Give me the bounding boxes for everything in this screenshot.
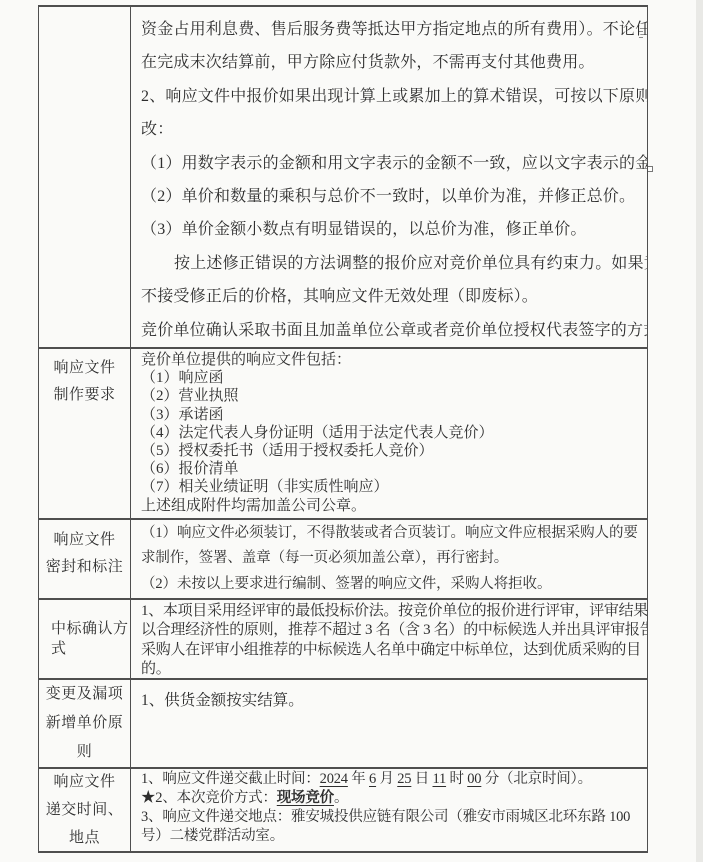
month-unit: 月 <box>376 771 397 787</box>
row-content: （1）响应文件必须装订，不得散装或者合页装订。响应文件应根据采购人的要 求制作，… <box>131 520 647 598</box>
deadline-suffix: 分（北京时间）。 <box>481 771 592 787</box>
content-line: 2、响应文件中报价如果出现计算上或累加上的算术错误，可按以下原则进行修 <box>141 80 644 113</box>
content-line: 上述组成附件均需加盖公司公章。 <box>141 497 644 515</box>
content-line: 在完成末次结算前，甲方除应付货款外，不需再支付其他费用。 <box>141 46 644 79</box>
label-line: 中标确认方 <box>51 619 129 639</box>
content-line: （3）承诺函 <box>141 406 644 424</box>
content-line: 采购人在评审小组推荐的中标候选人名单中确定中标单位，达到优质采购的目 <box>141 641 644 660</box>
label-line: 密封和标注 <box>46 554 124 581</box>
table-row-change-and-omission-pricing: 变更及漏项 新增单价原 则 1、供货金额按实结算。 <box>39 678 647 767</box>
content-line: （7）相关业绩证明（非实质性响应） <box>141 478 644 496</box>
content-line: 不接受修正后的价格，其响应文件无效处理（即废标）。 <box>141 280 644 313</box>
label-line: 制作要求 <box>53 382 115 409</box>
table-row-document-preparation: 响应文件 制作要求 竞价单位提供的响应文件包括： （1）响应函 （2）营业执照 … <box>39 347 647 518</box>
table-row-award-confirmation: 中标确认方 式 1、本项目采用经评审的最低投标价法。按竞价单位的报价进行评审，评… <box>39 598 647 678</box>
content-line: 竞价单位提供的响应文件包括： <box>141 351 644 369</box>
row-label: 响应文件 制作要求 <box>39 349 131 518</box>
content-line: （3）单价金额小数点有明显错误的，以总价为准，修正单价。 <box>141 213 644 246</box>
deadline-year: 2024 <box>320 771 348 787</box>
table-row-sealing-and-marking: 响应文件 密封和标注 （1）响应文件必须装订，不得散装或者合页装订。响应文件应根… <box>39 518 647 598</box>
row-content: 1、响应文件递交截止时间：2024 年 6 月 25 日 11 时 00 分（北… <box>131 769 647 851</box>
deadline-hour: 11 <box>433 771 447 787</box>
label-line: 响应文件 <box>53 768 115 796</box>
content-line: （2）营业执照 <box>141 387 644 405</box>
content-line-bid-method: ★2、本次竞价方式：现场竞价。 <box>141 789 644 808</box>
content-line: （2）未按以上要求进行编制、签署的响应文件，采购人将拒收。 <box>141 572 644 597</box>
row-content: 资金占用利息费、售后服务费等抵达甲方指定地点的所有费用）。不论任何因素， 在完成… <box>131 7 647 347</box>
bidding-requirements-table: 资金占用利息费、售后服务费等抵达甲方指定地点的所有费用）。不论任何因素， 在完成… <box>38 5 648 853</box>
label-line: 变更及漏项 <box>46 680 124 709</box>
row-label-empty <box>39 7 131 347</box>
row-content: 竞价单位提供的响应文件包括： （1）响应函 （2）营业执照 （3）承诺函 （4）… <box>131 349 647 518</box>
label-line: 新增单价原 <box>46 709 124 738</box>
day-unit: 日 <box>411 771 432 787</box>
content-line: （1）用数字表示的金额和用文字表示的金额不一致，应以文字表示的金额为准。 <box>141 147 644 180</box>
label-line: 则 <box>77 738 93 767</box>
content-line: （1）响应文件必须装订，不得散装或者合页装订。响应文件应根据采购人的要 <box>141 521 644 546</box>
hour-unit: 时 <box>446 771 467 787</box>
row-label: 中标确认方 式 <box>39 600 131 678</box>
content-line: 改： <box>141 113 644 146</box>
deadline-minute: 00 <box>467 771 481 787</box>
content-line: 竞价单位确认采取书面且加盖单位公章或者竞价单位授权代表签字的方式。 <box>141 314 644 347</box>
content-line: 求制作，签署、盖章（每一页必须加盖公章），再行密封。 <box>141 546 644 571</box>
label-line: 递交时间、 <box>46 796 124 824</box>
content-line: （5）授权委托书（适用于授权委托人竞价） <box>141 442 644 460</box>
content-line: 的。 <box>141 660 644 678</box>
year-unit: 年 <box>348 771 369 787</box>
deadline-day: 25 <box>397 771 411 787</box>
content-line: （4）法定代表人身份证明（适用于法定代表人竞价） <box>141 424 644 442</box>
table-row-submission-time-place: 响应文件 递交时间、 地点 1、响应文件递交截止时间：2024 年 6 月 25… <box>39 767 647 851</box>
row-label: 变更及漏项 新增单价原 则 <box>39 680 131 767</box>
scan-page-edge-shadow <box>696 0 703 862</box>
content-line: 1、供货金额按实结算。 <box>141 691 644 710</box>
content-line: 1、本项目采用经评审的最低投标价法。按竞价单位的报价进行评审，评审结果 <box>141 602 644 621</box>
row-content: 1、供货金额按实结算。 <box>131 680 647 767</box>
table-row-payment-and-correction: 资金占用利息费、售后服务费等抵达甲方指定地点的所有费用）。不论任何因素， 在完成… <box>39 7 647 347</box>
deadline-prefix: 1、响应文件递交截止时间： <box>141 771 320 787</box>
label-line: 响应文件 <box>53 355 115 382</box>
content-line: （2）单价和数量的乘积与总价不一致时，以单价为准，并修正总价。 <box>141 180 644 213</box>
content-line: （6）报价清单 <box>141 460 644 478</box>
content-line: 号）二楼党群活动室。 <box>141 827 644 846</box>
content-line: 按上述修正错误的方法调整的报价应对竞价单位具有约束力。如果竞价单位 <box>141 247 644 280</box>
label-line: 响应文件 <box>53 527 115 554</box>
star-marker-and-prefix: ★2、本次竞价方式： <box>141 790 277 806</box>
row-label: 响应文件 密封和标注 <box>39 520 131 598</box>
label-line: 式 <box>51 639 67 659</box>
content-line-deadline: 1、响应文件递交截止时间：2024 年 6 月 25 日 11 时 00 分（北… <box>141 770 644 789</box>
bid-method-value: 现场竞价 <box>277 790 334 806</box>
content-line: 以合理经济性的原则，推荐不超过 3 名（含 3 名）的中标候选人并出具评审报告。 <box>141 621 644 640</box>
row-content: 1、本项目采用经评审的最低投标价法。按竞价单位的报价进行评审，评审结果 以合理经… <box>131 600 647 678</box>
content-line: （1）响应函 <box>141 369 644 387</box>
label-line: 地点 <box>69 824 100 852</box>
content-line: 3、响应文件递交地点：雅安城投供应链有限公司（雅安市雨城区北环东路 100 <box>141 808 644 827</box>
period: 。 <box>334 790 348 806</box>
content-line: 资金占用利息费、售后服务费等抵达甲方指定地点的所有费用）。不论任何因素， <box>141 13 644 46</box>
row-label: 响应文件 递交时间、 地点 <box>39 769 131 851</box>
